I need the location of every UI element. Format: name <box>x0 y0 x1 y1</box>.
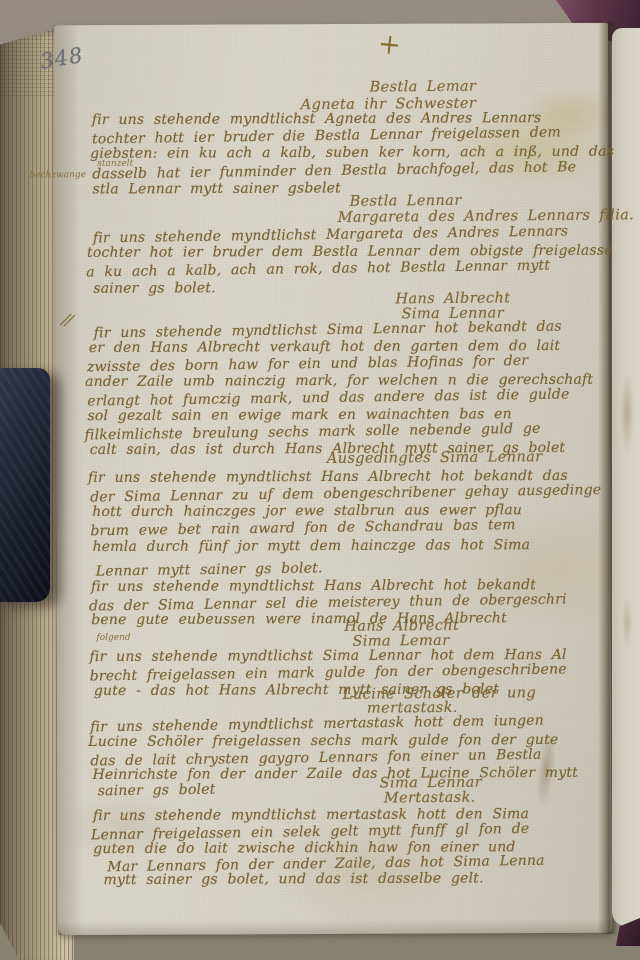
show-through-ink-mark <box>620 588 634 658</box>
manuscript-page <box>54 23 612 935</box>
manuscript-photo: 348 + // Bestla Lemar Agneta ihr Schwest… <box>0 0 640 960</box>
page-left-shading <box>54 25 84 935</box>
page-bottom-shading <box>58 919 612 935</box>
show-through-ink-mark <box>618 358 636 468</box>
ink-stain <box>529 714 564 824</box>
next-page-edge <box>612 28 640 926</box>
leather-strap <box>0 368 50 602</box>
